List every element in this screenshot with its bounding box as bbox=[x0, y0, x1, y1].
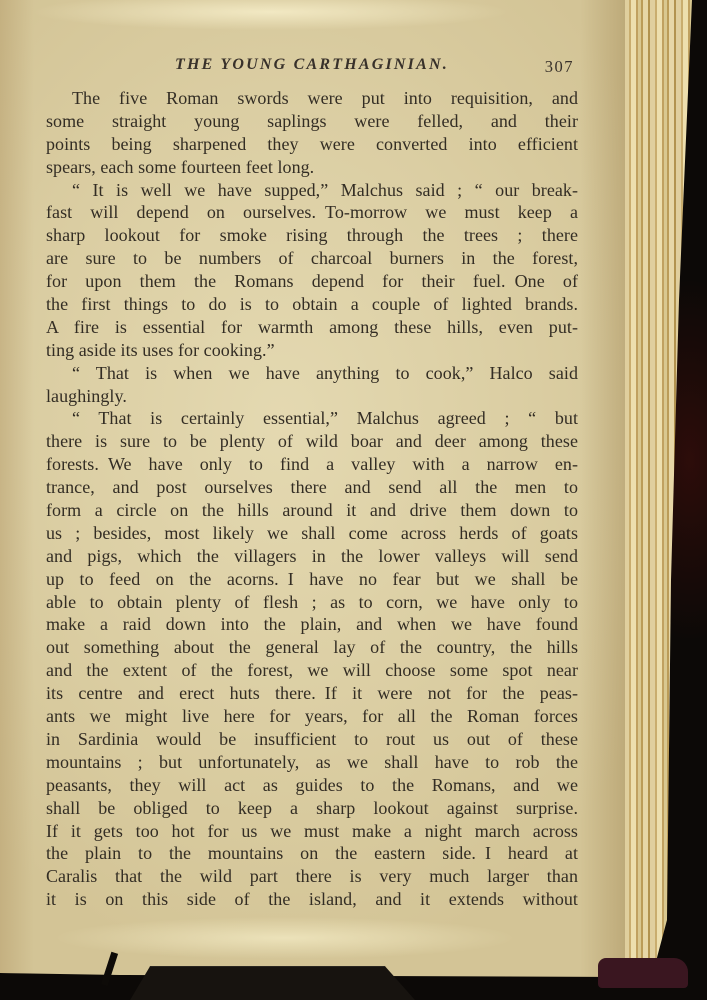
text-line: for upon them the Romans depend for thei… bbox=[46, 270, 578, 293]
text-line: in Sardinia would be insufficient to rou… bbox=[46, 728, 578, 751]
text-line: ting aside its uses for cooking.” bbox=[46, 339, 578, 362]
page-number: 307 bbox=[545, 57, 574, 77]
page-text: The five Roman swords were put into requ… bbox=[46, 87, 578, 911]
book-scan: THE YOUNG CARTHAGINIAN. 307 The five Rom… bbox=[0, 0, 707, 1000]
page-surface: THE YOUNG CARTHAGINIAN. 307 The five Rom… bbox=[0, 0, 625, 1000]
text-line: it is on this side of the island, and it… bbox=[46, 888, 578, 911]
text-line: shall be obliged to keep a sharp lookout… bbox=[46, 797, 578, 820]
text-line: forests. We have only to find a valley w… bbox=[46, 453, 578, 476]
text-line: sharp lookout for smoke rising through t… bbox=[46, 224, 578, 247]
book-cover-edge bbox=[598, 958, 688, 988]
text-line: peasants, they will act as guides to the… bbox=[46, 774, 578, 797]
text-line: and pigs, which the villagers in the low… bbox=[46, 545, 578, 568]
text-line: Caralis that the wild part there is very… bbox=[46, 865, 578, 888]
text-line: the plain to the mountains on the easter… bbox=[46, 842, 578, 865]
text-line: and the extent of the forest, we will ch… bbox=[46, 659, 578, 682]
text-line: spears, each some fourteen feet long. bbox=[46, 156, 578, 179]
text-line: fast will depend on ourselves. To-morrow… bbox=[46, 201, 578, 224]
text-line: “ That is certainly essential,” Malchus … bbox=[46, 407, 578, 430]
book-page: THE YOUNG CARTHAGINIAN. 307 The five Rom… bbox=[0, 0, 707, 1000]
text-line: “ It is well we have supped,” Malchus sa… bbox=[46, 179, 578, 202]
page-edges-stack bbox=[612, 0, 707, 1000]
page-header: THE YOUNG CARTHAGINIAN. 307 bbox=[46, 56, 578, 82]
text-line: trance, and post ourselves there and sen… bbox=[46, 476, 578, 499]
text-line: laughingly. bbox=[46, 385, 578, 408]
text-line: there is sure to be plenty of wild boar … bbox=[46, 430, 578, 453]
text-line: form a circle on the hills around it and… bbox=[46, 499, 578, 522]
text-line: points being sharpened they were convert… bbox=[46, 133, 578, 156]
text-line: out something about the general lay of t… bbox=[46, 636, 578, 659]
text-line: “ That is when we have anything to cook,… bbox=[46, 362, 578, 385]
text-line: The five Roman swords were put into requ… bbox=[46, 87, 578, 110]
text-line: are sure to be numbers of charcoal burne… bbox=[46, 247, 578, 270]
text-line: up to feed on the acorns. I have no fear… bbox=[46, 568, 578, 591]
text-line: mountains ; but unfortunately, as we sha… bbox=[46, 751, 578, 774]
running-title: THE YOUNG CARTHAGINIAN. bbox=[46, 56, 578, 74]
text-line: If it gets too hot for us we must make a… bbox=[46, 820, 578, 843]
text-line: A fire is essential for warmth among the… bbox=[46, 316, 578, 339]
text-line: some straight young saplings were felled… bbox=[46, 110, 578, 133]
text-line: make a raid down into the plain, and whe… bbox=[46, 613, 578, 636]
text-line: its centre and erect huts there. If it w… bbox=[46, 682, 578, 705]
text-line: able to obtain plenty of flesh ; as to c… bbox=[46, 591, 578, 614]
text-line: us ; besides, most likely we shall come … bbox=[46, 522, 578, 545]
text-line: the first things to do is to obtain a co… bbox=[46, 293, 578, 316]
text-line: ants we might live here for years, for a… bbox=[46, 705, 578, 728]
